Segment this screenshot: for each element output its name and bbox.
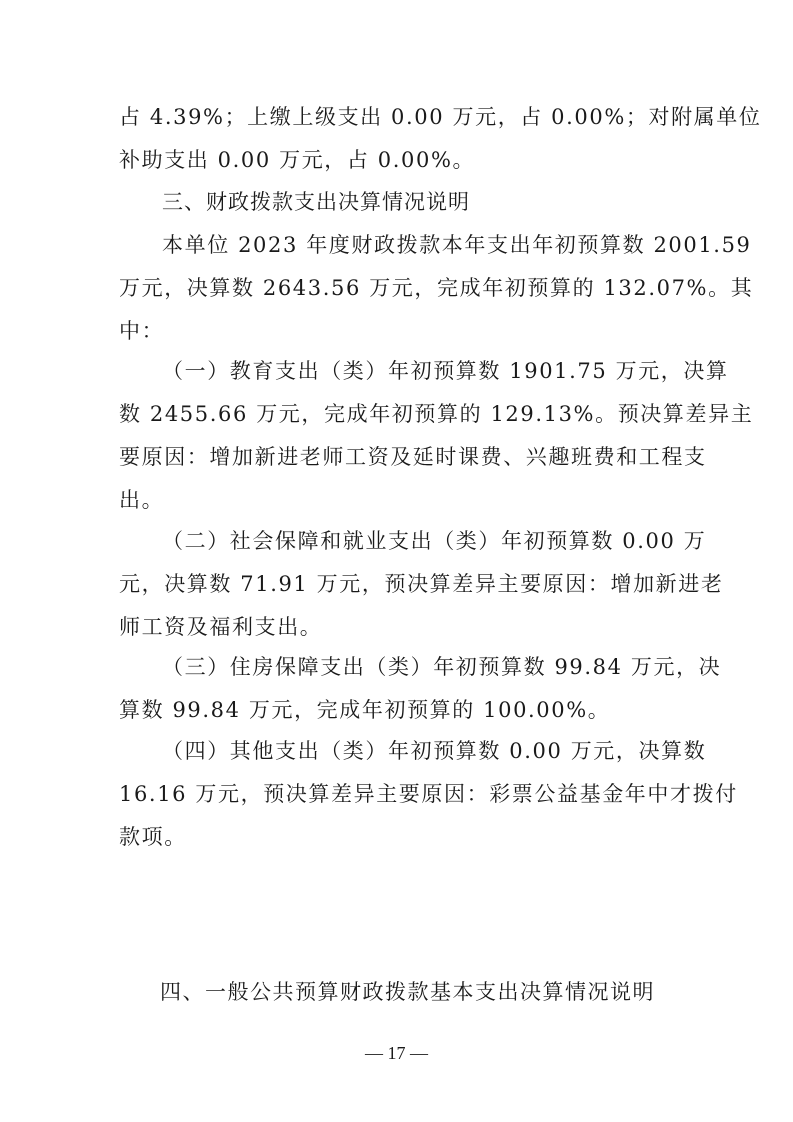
item-social-security-line: 师工资及福利支出。 [119,612,679,642]
section-heading-3: 三、财政拨款支出决算情况说明 [162,187,470,217]
paragraph-line: 补助支出 0.00 万元，占 0.00%。 [119,145,679,175]
item-social-security-line: 元，决算数 71.91 万元，预决算差异主要原因：增加新进老 [119,569,679,599]
item-housing-line: （三）住房保障支出（类）年初预算数 99.84 万元，决 [162,652,679,682]
section-heading-4: 四、一般公共预算财政拨款基本支出决算情况说明 [160,977,655,1007]
paragraph-line: 占 4.39%；上缴上级支出 0.00 万元，占 0.00%；对附属单位 [119,102,679,132]
item-education-line: 出。 [119,485,679,515]
intro-line: 本单位 2023 年度财政拨款本年支出年初预算数 2001.59 [162,230,679,260]
page-number: — 17 — [0,1041,793,1065]
item-social-security-line: （二）社会保障和就业支出（类）年初预算数 0.00 万 [162,526,679,556]
document-page: 占 4.39%；上缴上级支出 0.00 万元，占 0.00%；对附属单位 补助支… [0,0,793,1122]
item-education-line: （一）教育支出（类）年初预算数 1901.75 万元，决算 [162,356,679,386]
item-education-line: 数 2455.66 万元，完成年初预算的 129.13%。预决算差异主 [119,399,679,429]
item-other-line: 16.16 万元，预决算差异主要原因：彩票公益基金年中才拨付 [119,779,679,809]
intro-line: 万元，决算数 2643.56 万元，完成年初预算的 132.07%。其 [119,273,679,303]
item-other-line: 款项。 [119,822,679,852]
item-housing-line: 算数 99.84 万元，完成年初预算的 100.00%。 [119,695,679,725]
intro-line: 中： [119,316,679,346]
item-education-line: 要原因：增加新进老师工资及延时课费、兴趣班费和工程支 [119,442,679,472]
item-other-line: （四）其他支出（类）年初预算数 0.00 万元，决算数 [162,736,679,766]
